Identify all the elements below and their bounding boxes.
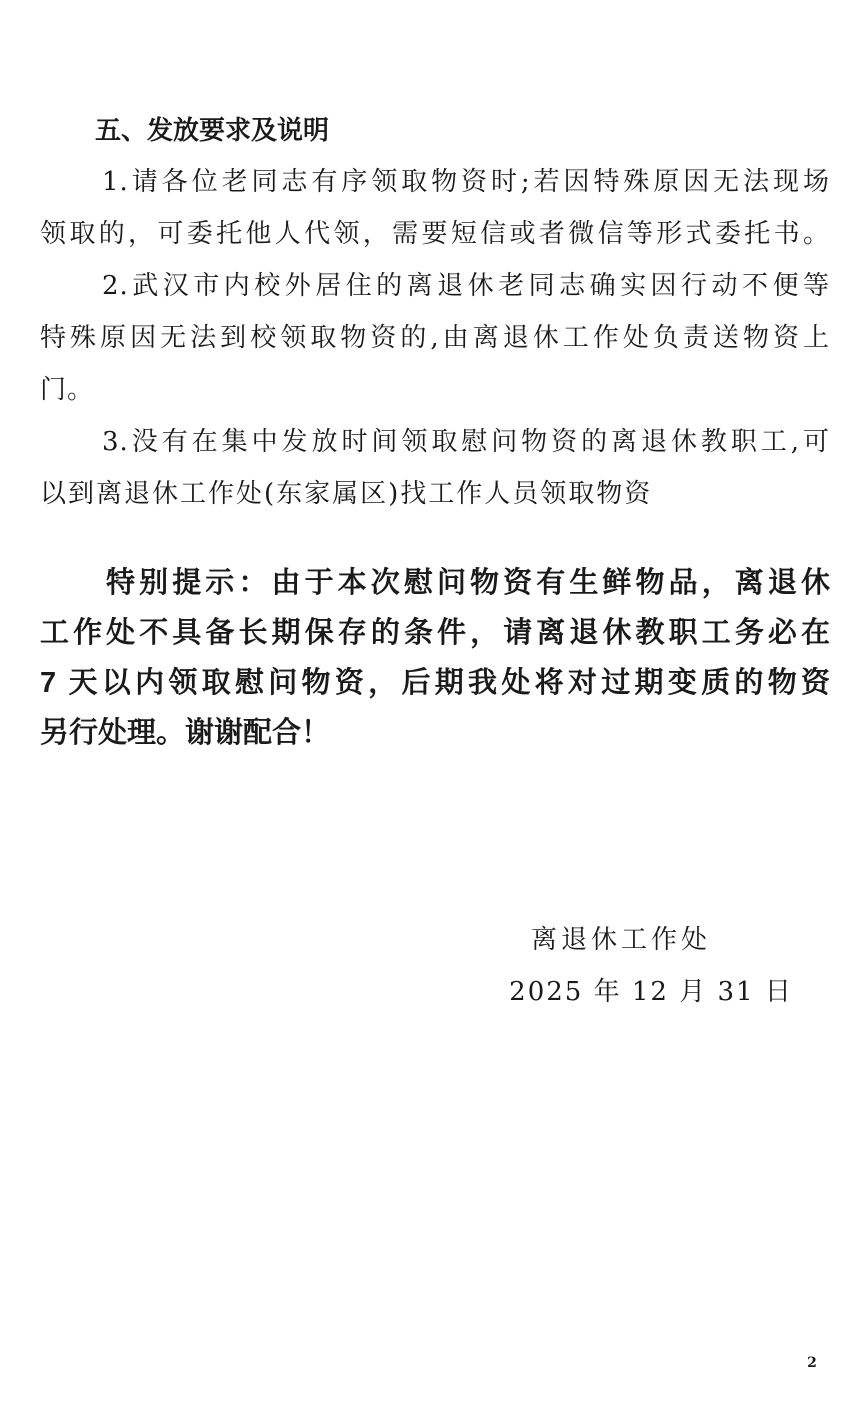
notice-line: 工作处不具备长期保存的条件，请离退休教职工务必在 — [40, 608, 830, 658]
notice-line: 特别提示：由于本次慰问物资有生鲜物品，离退休 — [40, 558, 830, 608]
body-line: 领取的，可委托他人代领，需要短信或者微信等形式委托书。 — [40, 208, 830, 260]
body-line: 特殊原因无法到校领取物资的,由离退休工作处负责送物资上 — [40, 312, 830, 364]
document-page: 五、发放要求及说明 1.请各位老同志有序领取物资时;若因特殊原因无法现场 领取的… — [0, 0, 862, 1405]
body-line: 1.请各位老同志有序领取物资时;若因特殊原因无法现场 — [40, 156, 830, 208]
paragraph-3: 3.没有在集中发放时间领取慰问物资的离退休教职工,可 以到离退休工作处(东家属区… — [40, 416, 830, 520]
paragraph-2: 2.武汉市内校外居住的离退休老同志确实因行动不便等 特殊原因无法到校领取物资的,… — [40, 260, 830, 416]
paragraph-1: 1.请各位老同志有序领取物资时;若因特殊原因无法现场 领取的，可委托他人代领，需… — [40, 156, 830, 260]
page-number: 2 — [800, 1355, 824, 1371]
notice-line: 7 天以内领取慰问物资，后期我处将对过期变质的物资 — [40, 658, 830, 708]
body-line: 3.没有在集中发放时间领取慰问物资的离退休教职工,可 — [40, 416, 830, 468]
body-line: 2.武汉市内校外居住的离退休老同志确实因行动不便等 — [40, 260, 830, 312]
closing-block: 离退休工作处 2025 年 12 月 31 日 — [340, 914, 862, 1018]
notice-line: 另行处理。谢谢配合！ — [40, 708, 830, 758]
special-notice: 特别提示：由于本次慰问物资有生鲜物品，离退休 工作处不具备长期保存的条件，请离退… — [40, 558, 830, 758]
body-line: 以到离退休工作处(东家属区)找工作人员领取物资 — [40, 468, 830, 520]
signature: 离退休工作处 — [340, 914, 862, 966]
date: 2025 年 12 月 31 日 — [400, 966, 862, 1018]
body-line: 门。 — [40, 364, 830, 416]
document-content: 五、发放要求及说明 1.请各位老同志有序领取物资时;若因特殊原因无法现场 领取的… — [0, 0, 862, 1018]
section-heading: 五、发放要求及说明 — [40, 104, 830, 156]
